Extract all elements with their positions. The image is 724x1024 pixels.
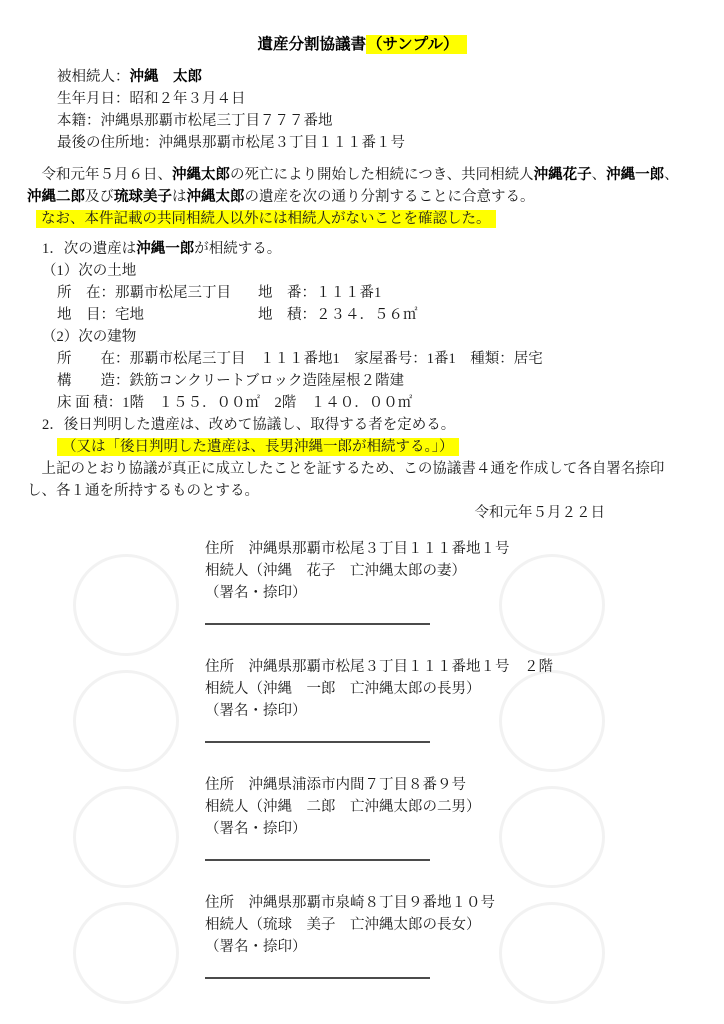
signer-address: 住所 沖縄県那覇市松尾３丁目１１１番地１号 bbox=[205, 538, 724, 560]
signer-name: 相続人（琉球 美子 亡沖縄太郎の長女） bbox=[205, 914, 724, 936]
signature-line bbox=[205, 859, 430, 861]
decedent-domicile-line: 本籍：沖縄県那覇市松尾三丁目７７７番地 bbox=[57, 110, 724, 132]
document-date: 令和元年５月２２日 bbox=[0, 502, 724, 524]
decedent-birth-line: 生年月日：昭和２年３月４日 bbox=[57, 88, 724, 110]
preamble-text: の遺産を次の通り分割することに合意する。 bbox=[245, 189, 535, 205]
article-text: が相続する。 bbox=[194, 241, 281, 257]
document-page: 遺産分割協議書（サンプル） 被相続人：沖縄 太郎 生年月日：昭和２年３月４日 本… bbox=[0, 0, 724, 1024]
signer-name: 相続人（沖縄 二郎 亡沖縄太郎の二男） bbox=[205, 796, 724, 818]
preamble-paragraph: 令和元年５月６日、沖縄太郎の死亡により開始した相続につき、共同相続人沖縄花子、沖… bbox=[27, 164, 703, 208]
land-heading: （1）次の土地 bbox=[42, 260, 724, 282]
article-2-text: 2．後日判明した遺産は、改めて協議し、取得する者を定める。 bbox=[42, 414, 724, 436]
land-area: 地 積：２３４．５６㎡ bbox=[258, 307, 418, 323]
signature-line bbox=[205, 741, 430, 743]
signature-line bbox=[205, 977, 430, 979]
building-heading: （2）次の建物 bbox=[42, 326, 724, 348]
decedent-label: 被相続人： bbox=[57, 69, 130, 85]
decedent-name: 沖縄 太郎 bbox=[130, 69, 203, 85]
preamble-text: 令和元年５月６日、 bbox=[27, 167, 172, 183]
building-row: 構 造：鉄筋コンクリートブロック造陸屋根２階建 bbox=[57, 370, 724, 392]
heir-name-ref: 沖縄二郎 bbox=[27, 189, 85, 205]
signature-block-jiro: 住所 沖縄県浦添市内間７丁目８番９号 相続人（沖縄 二郎 亡沖縄太郎の二男） （… bbox=[205, 774, 724, 861]
decedent-name-line: 被相続人：沖縄 太郎 bbox=[57, 66, 724, 88]
sample-badge: （サンプル） bbox=[366, 35, 467, 54]
signature-seal-label: （署名・捺印） bbox=[205, 818, 724, 840]
article-number: 1．次の遺産は bbox=[42, 241, 136, 257]
land-location: 所 在：那覇市松尾三丁目 bbox=[57, 282, 258, 304]
signer-address: 住所 沖縄県那覇市松尾３丁目１１１番地１号 ２階 bbox=[205, 656, 724, 678]
signature-seal-label: （署名・捺印） bbox=[205, 700, 724, 722]
note-line: なお、本件記載の共同相続人以外には相続人がないことを確認した。 bbox=[36, 208, 724, 230]
heir-name-ref: 沖縄一郎 bbox=[136, 241, 194, 257]
land-category: 地 目：宅地 bbox=[57, 304, 258, 326]
closing-line-1: 上記のとおり協議が真正に成立したことを証するため、この協議書４通を作成して各自署… bbox=[27, 458, 703, 480]
signer-address: 住所 沖縄県浦添市内間７丁目８番９号 bbox=[205, 774, 724, 796]
preamble-text: は bbox=[172, 189, 187, 205]
heir-name-ref: 沖縄花子 bbox=[534, 167, 592, 183]
decedent-name-ref: 沖縄太郎 bbox=[172, 167, 230, 183]
article-1-heading: 1．次の遺産は沖縄一郎が相続する。 bbox=[42, 238, 724, 260]
preamble-line-2: 沖縄二郎及び琉球美子は沖縄太郎の遺産を次の通り分割することに合意する。 bbox=[27, 186, 703, 208]
land-lot-number: 地 番：１１１番1 bbox=[258, 285, 381, 301]
decedent-last-address-line: 最後の住所地：沖縄県那覇市松尾３丁目１１１番１号 bbox=[57, 132, 724, 154]
preamble-text: 、 bbox=[592, 167, 607, 183]
document-title: 遺産分割協議書（サンプル） bbox=[0, 0, 724, 56]
building-row: 所 在：那覇市松尾三丁目 １１１番地1 家屋番号：1番1 種類：居宅 bbox=[57, 348, 724, 370]
land-row: 所 在：那覇市松尾三丁目地 番：１１１番1 bbox=[57, 282, 724, 304]
building-row: 床 面 積：1階 １５５．００㎡ 2階 １４０．００㎡ bbox=[57, 392, 724, 414]
heir-name-ref: 琉球美子 bbox=[114, 189, 172, 205]
decedent-info: 被相続人：沖縄 太郎 生年月日：昭和２年３月４日 本籍：沖縄県那覇市松尾三丁目７… bbox=[57, 66, 724, 154]
decedent-name-ref: 沖縄太郎 bbox=[187, 189, 245, 205]
closing-paragraph: 上記のとおり協議が真正に成立したことを証するため、この協議書４通を作成して各自署… bbox=[27, 458, 703, 502]
preamble-line-1: 令和元年５月６日、沖縄太郎の死亡により開始した相続につき、共同相続人沖縄花子、沖… bbox=[27, 164, 703, 186]
article-1: 1．次の遺産は沖縄一郎が相続する。 （1）次の土地 所 在：那覇市松尾三丁目地 … bbox=[42, 238, 724, 414]
signer-address: 住所 沖縄県那覇市泉崎８丁目９番地１０号 bbox=[205, 892, 724, 914]
signature-area: 住所 沖縄県那覇市松尾３丁目１１１番地１号 相続人（沖縄 花子 亡沖縄太郎の妻）… bbox=[0, 538, 724, 979]
signature-seal-label: （署名・捺印） bbox=[205, 582, 724, 604]
title-text: 遺産分割協議書 bbox=[257, 36, 366, 53]
signature-seal-label: （署名・捺印） bbox=[205, 936, 724, 958]
highlighted-note: なお、本件記載の共同相続人以外には相続人がないことを確認した。 bbox=[36, 210, 496, 228]
preamble-text: 及び bbox=[85, 189, 114, 205]
signature-block-ichiro: 住所 沖縄県那覇市松尾３丁目１１１番地１号 ２階 相続人（沖縄 一郎 亡沖縄太郎… bbox=[205, 656, 724, 743]
signature-block-yoshiko: 住所 沖縄県那覇市泉崎８丁目９番地１０号 相続人（琉球 美子 亡沖縄太郎の長女）… bbox=[205, 892, 724, 979]
article-2-alternative: （又は「後日判明した遺産は、長男沖縄一郎が相続する。」） bbox=[57, 436, 724, 458]
land-row: 地 目：宅地地 積：２３４．５６㎡ bbox=[57, 304, 724, 326]
signer-name: 相続人（沖縄 花子 亡沖縄太郎の妻） bbox=[205, 560, 724, 582]
closing-line-2: し、各１通を所持するものとする。 bbox=[27, 480, 703, 502]
heir-name-ref: 沖縄一郎 bbox=[606, 167, 664, 183]
article-2: 2．後日判明した遺産は、改めて協議し、取得する者を定める。 （又は「後日判明した… bbox=[42, 414, 724, 458]
signature-line bbox=[205, 623, 430, 625]
preamble-text: の死亡により開始した相続につき、共同相続人 bbox=[230, 167, 534, 183]
signature-block-hanako: 住所 沖縄県那覇市松尾３丁目１１１番地１号 相続人（沖縄 花子 亡沖縄太郎の妻）… bbox=[205, 538, 724, 625]
highlighted-alternative: （又は「後日判明した遺産は、長男沖縄一郎が相続する。」） bbox=[57, 438, 459, 456]
signer-name: 相続人（沖縄 一郎 亡沖縄太郎の長男） bbox=[205, 678, 724, 700]
preamble-text: 、 bbox=[664, 167, 679, 183]
